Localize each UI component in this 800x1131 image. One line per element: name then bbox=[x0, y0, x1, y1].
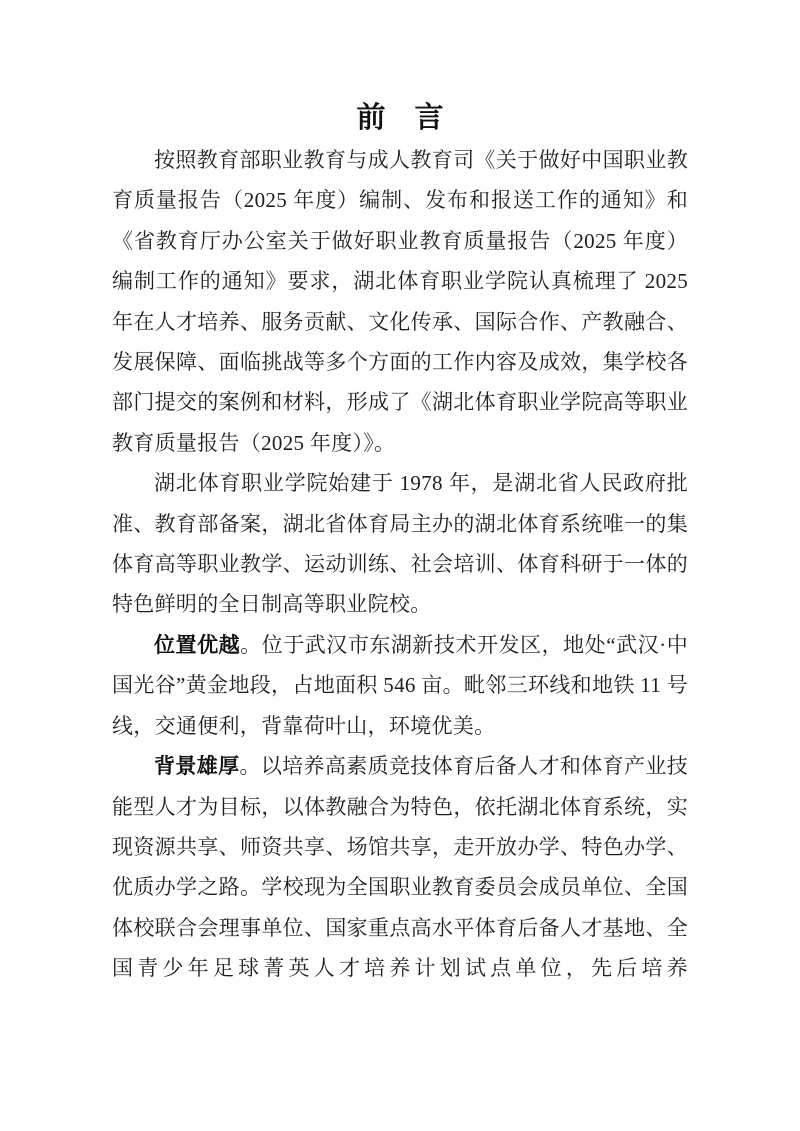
paragraph: 按照教育部职业教育与成人教育司《关于做好中国职业教育质量报告（2025 年度）编… bbox=[112, 140, 688, 463]
paragraph-text: 。以培养高素质竞技体育后备人才和体育产业技能型人才为目标，以体教融合为特色，依托… bbox=[112, 754, 688, 980]
paragraph-lead-bold: 背景雄厚 bbox=[154, 754, 239, 778]
paragraph-text: 湖北体育职业学院始建于 1978 年，是湖北省人民政府批准、教育部备案，湖北省体… bbox=[112, 471, 688, 616]
paragraph: 位置优越。位于武汉市东湖新技术开发区，地处“武汉·中国光谷”黄金地段，占地面积 … bbox=[112, 625, 688, 746]
paragraph: 背景雄厚。以培养高素质竞技体育后备人才和体育产业技能型人才为目标，以体教融合为特… bbox=[112, 746, 688, 988]
document-page: 前 言 按照教育部职业教育与成人教育司《关于做好中国职业教育质量报告（2025 … bbox=[0, 0, 800, 1131]
paragraph-text: 按照教育部职业教育与成人教育司《关于做好中国职业教育质量报告（2025 年度）编… bbox=[112, 148, 688, 455]
paragraph: 湖北体育职业学院始建于 1978 年，是湖北省人民政府批准、教育部备案，湖北省体… bbox=[112, 463, 688, 625]
page-title: 前 言 bbox=[112, 0, 688, 140]
paragraph-lead-bold: 位置优越 bbox=[154, 633, 240, 657]
